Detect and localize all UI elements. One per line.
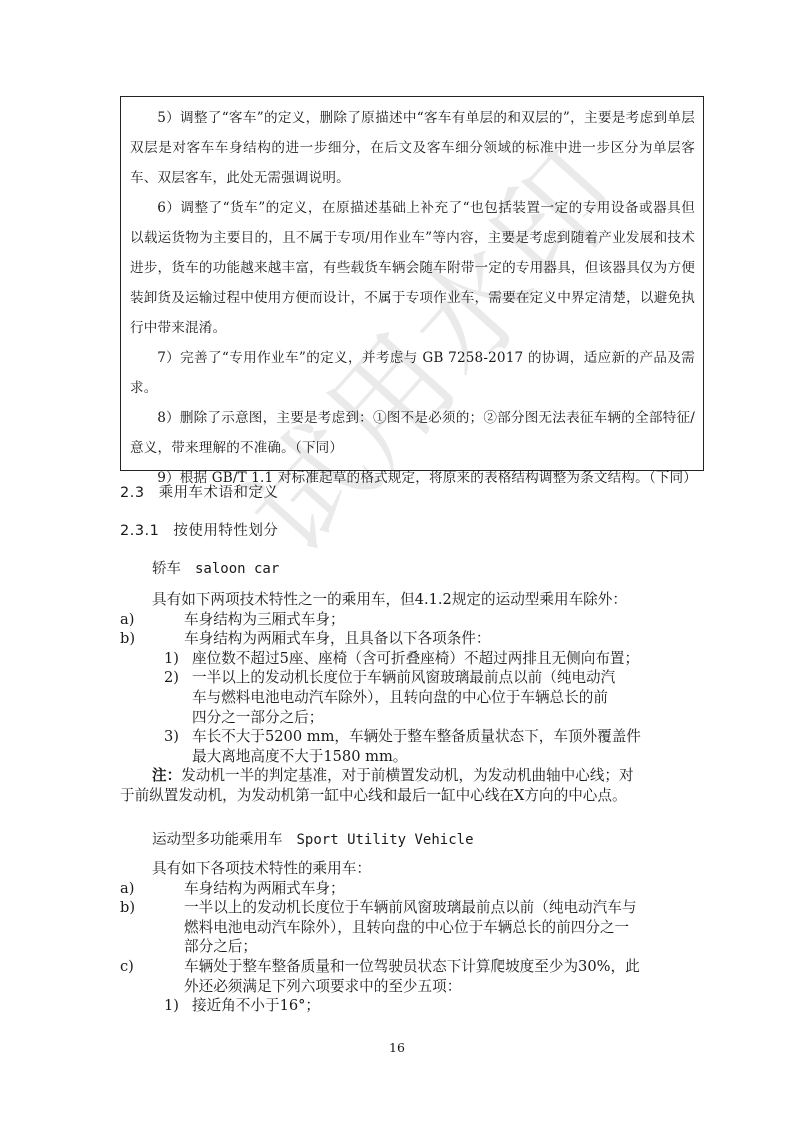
suv-definition: 具有如下各项技术特性的乘用车： a) 车身结构为两厢式车身； b) 一半以上的发…	[120, 859, 690, 1016]
term-suv: 运动型多功能乘用车Sport Utility Vehicle	[152, 828, 474, 849]
sub-list-item: 3) 车长不大于5200 mm，车辆处于整车整备质量状态下，车顶外覆盖件 最大离…	[120, 727, 690, 766]
term-saloon-car: 轿车saloon car	[152, 557, 279, 578]
note-paragraph-7: 7）完善了“专用作业车”的定义，并考虑与 GB 7258-2017 的协调，适应…	[130, 343, 695, 403]
list-item: a) 车身结构为两厢式车身；	[120, 879, 690, 899]
note: 注：发动机一半的判定基准，对于前横置发动机，为发动机曲轴中心线；对	[120, 766, 690, 786]
section-title: 乘用车术语和定义	[159, 485, 279, 501]
note-paragraph-5: 5）调整了“客车”的定义，删除了原描述中“客车有单层的和双层的”，主要是考虑到单…	[130, 103, 695, 193]
term-cn: 轿车	[152, 561, 181, 577]
section-heading: 2.3乘用车术语和定义	[120, 481, 279, 502]
subsection-number: 2.3.1	[120, 523, 159, 539]
term-cn: 运动型多功能乘用车	[152, 832, 283, 848]
sub-list-item: 1) 座位数不超过5座、座椅（含可折叠座椅）不超过两排且无侧向布置；	[120, 649, 690, 669]
saloon-definition: 具有如下两项技术特性之一的乘用车，但4.1.2规定的运动型乘用车除外： a) 车…	[120, 590, 690, 806]
subsection-heading: 2.3.1按使用特性划分	[120, 519, 278, 540]
definition-intro: 具有如下各项技术特性的乘用车：	[120, 859, 690, 879]
list-item: b) 一半以上的发动机长度位于车辆前风窗玻璃最前点以前（纯电动汽车与 燃料电池电…	[120, 898, 690, 957]
revision-notes-box: 5）调整了“客车”的定义，删除了原描述中“客车有单层的和双层的”，主要是考虑到单…	[120, 96, 704, 471]
list-item: b) 车身结构为两厢式车身，且具备以下各项条件：	[120, 629, 690, 649]
sub-list-item: 2) 一半以上的发动机长度位于车辆前风窗玻璃最前点以前（纯电动汽 车与燃料电池电…	[120, 668, 690, 727]
list-item: a) 车身结构为三厢式车身；	[120, 610, 690, 630]
sub-list-item: 1) 接近角不小于16°；	[120, 996, 690, 1016]
term-en: Sport Utility Vehicle	[297, 832, 474, 848]
term-en: saloon car	[195, 561, 279, 577]
page-number: 16	[0, 1040, 794, 1055]
definition-intro: 具有如下两项技术特性之一的乘用车，但4.1.2规定的运动型乘用车除外：	[120, 590, 690, 610]
note-label: 注：	[152, 767, 181, 784]
note-continuation: 于前纵置发动机，为发动机第一缸中心线和最后一缸中心线在X方向的中心点。	[120, 786, 690, 806]
note-paragraph-6: 6）调整了“货车”的定义，在原描述基础上补充了“也包括装置一定的专用设备或器具但…	[130, 193, 695, 343]
section-number: 2.3	[120, 485, 145, 501]
note-paragraph-8: 8）删除了示意图，主要是考虑到：①图不是必须的；②部分图无法表征车辆的全部特征/…	[130, 403, 695, 463]
subsection-title: 按使用特性划分	[173, 523, 278, 539]
list-item: c) 车辆处于整车整备质量和一位驾驶员状态下计算爬坡度至少为30%，此 外还必须…	[120, 957, 690, 996]
